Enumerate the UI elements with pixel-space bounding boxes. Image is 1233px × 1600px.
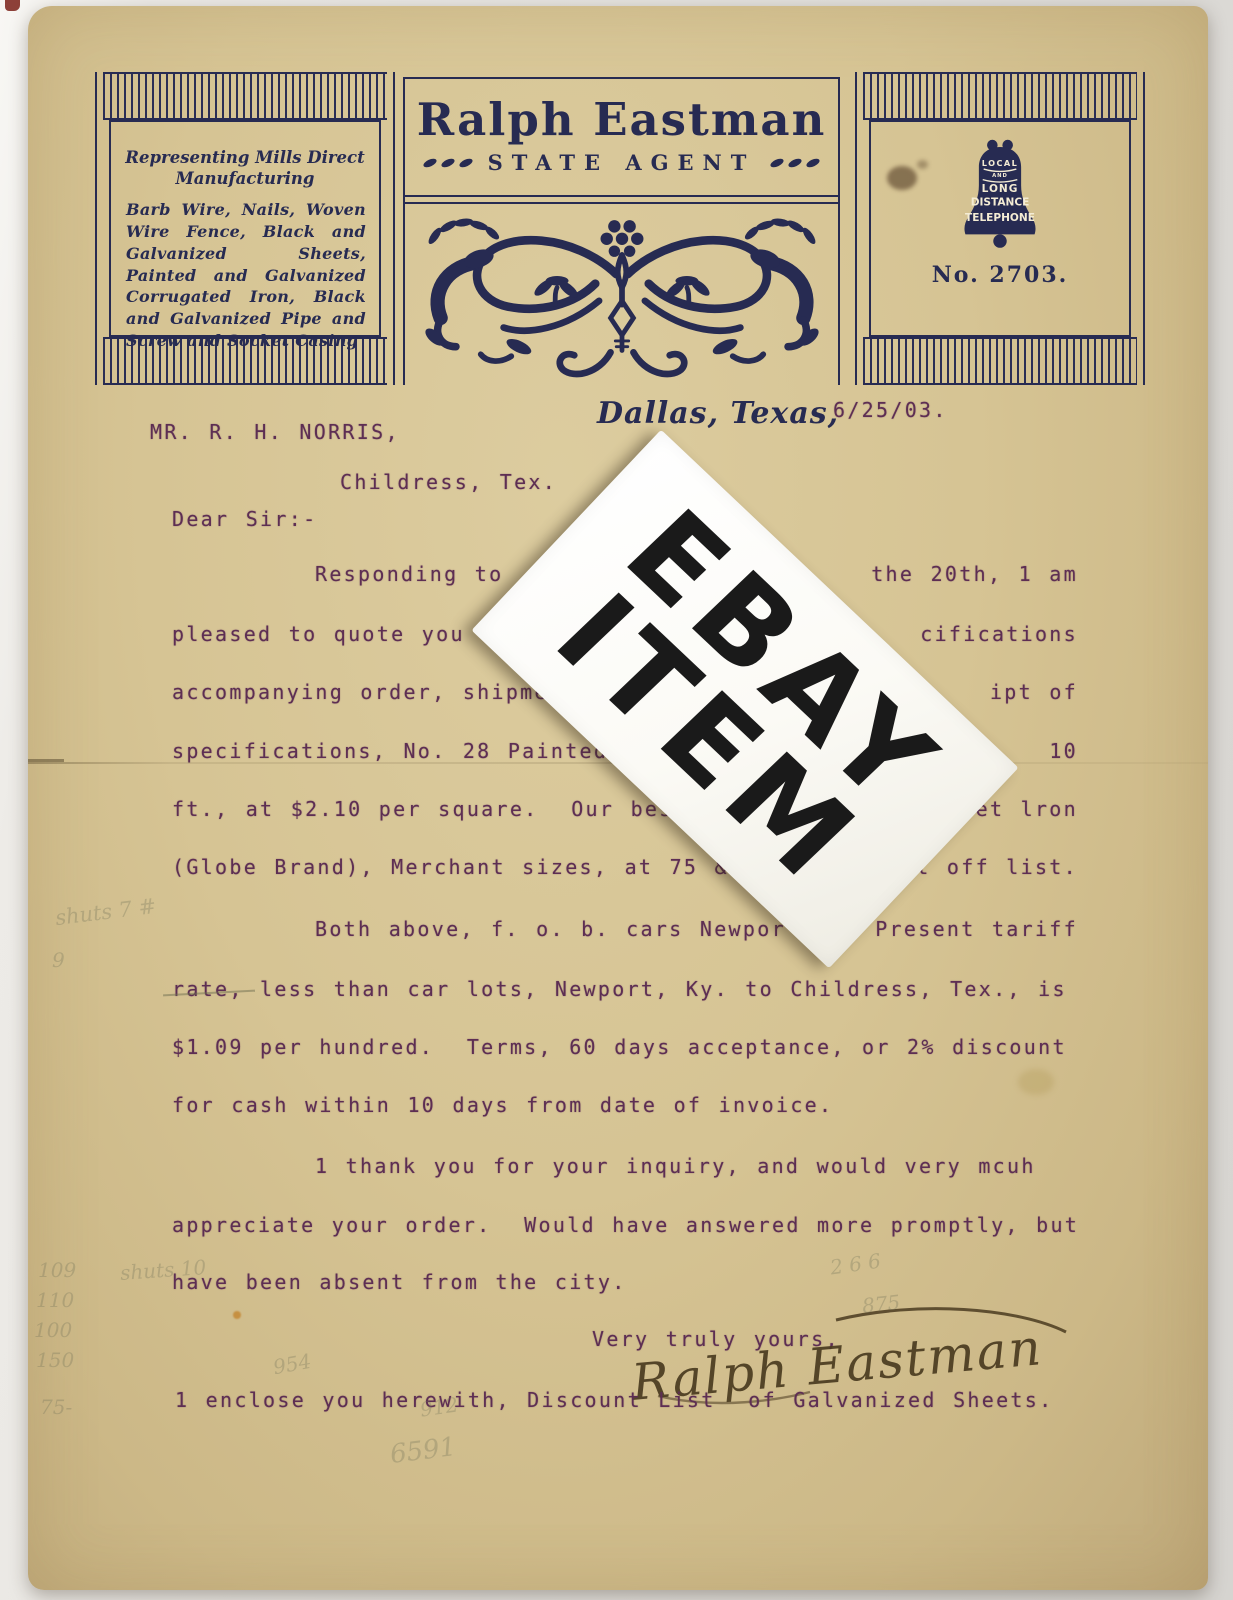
header-rule: [405, 202, 838, 204]
body-line: $1.09 per hundred. Terms, 60 days accept…: [172, 1035, 1078, 1059]
letterhead-left-panel: Representing Mills Direct Manufacturing …: [95, 72, 395, 385]
line-fragment-left: accompanying order, shipme: [172, 680, 549, 704]
pencil-note: 75-: [40, 1395, 72, 1419]
line-fragment-right: cifications: [920, 622, 1078, 646]
line-fragment-left: pleased to quote you f: [172, 622, 496, 646]
line-fragment-left: Responding to: [315, 562, 503, 586]
agent-name: Ralph Eastman: [405, 93, 838, 146]
salutation: Dear Sir:-: [172, 507, 317, 531]
line-fragment-right: t off list.: [916, 855, 1078, 879]
body-line: Both above, f. o. b. cars NewporPresent …: [315, 917, 1078, 941]
header-rule: [405, 195, 838, 197]
ebay-item-card: EBAY ITEM: [471, 430, 1018, 969]
pencil-note: 110: [36, 1288, 74, 1312]
pencil-note: 912: [419, 1392, 460, 1421]
left-panel-inner-box: Representing Mills Direct Manufacturing …: [109, 120, 381, 337]
line-fragment-right: Present tariff: [875, 917, 1078, 941]
bell-text-and: AND: [992, 173, 1008, 179]
line-fragment-left: have been absent from the city.: [172, 1270, 627, 1294]
leaf-ornament-icon: [769, 156, 821, 170]
recipient-city: Childress, Tex.: [340, 470, 557, 494]
line-fragment-left: ft., at $2.10 per square. Our bes: [172, 797, 674, 821]
tagline-line1: Representing Mills Direct: [111, 148, 379, 169]
line-fragment-left: for cash within 10 days from date of inv…: [172, 1093, 833, 1117]
pencil-note: 954: [271, 1349, 313, 1379]
pencil-note: 150: [36, 1348, 74, 1372]
pinstripe-band: [863, 72, 1137, 120]
fold-notch: [28, 759, 64, 762]
cornucopia-ornament-icon: [409, 213, 835, 381]
pencil-note: 9: [52, 948, 65, 972]
ink-stain: [917, 160, 928, 169]
grape-cluster: [600, 220, 643, 257]
line-fragment-right: ipt of: [990, 680, 1078, 704]
pencil-note: 6591: [388, 1432, 457, 1470]
agent-title-row: STATE AGENT: [405, 150, 838, 175]
recipient-name: MR. R. H. NORRIS,: [150, 420, 400, 444]
pinstripe-band: [863, 337, 1137, 385]
bell-text-distance: DISTANCE: [971, 197, 1030, 209]
line-fragment-left: $1.09 per hundred. Terms, 60 days accept…: [172, 1035, 1067, 1059]
letterhead-right-panel: LOCAL AND LONG DISTANCE TELEPHONE No. 27…: [855, 72, 1145, 385]
leaf-ornament-icon: [422, 156, 474, 170]
line-fragment-left: (Globe Brand), Merchant sizes, at 75 &: [172, 855, 729, 879]
bell-text-long: LONG: [982, 183, 1019, 195]
telephone-bell-icon: LOCAL AND LONG DISTANCE TELEPHONE: [952, 136, 1048, 254]
pinstripe-band: [103, 72, 387, 120]
products-list: Barb Wire, Nails, Woven Wire Fence, Blac…: [111, 189, 379, 351]
line-fragment-left: appreciate your order. Would have answer…: [172, 1213, 1079, 1237]
letterhead-center-panel: Ralph Eastman STATE AGENT: [403, 77, 840, 385]
paper-stain: [1018, 1069, 1054, 1095]
body-line: appreciate your order. Would have answer…: [172, 1213, 1078, 1237]
enclosure-line: 1 enclose you herewith, Discount List of…: [175, 1388, 1053, 1412]
line-fragment-left: 1 thank you for your inquiry, and would …: [315, 1154, 1036, 1178]
bell-text-local: LOCAL: [982, 158, 1019, 168]
telephone-number: No. 2703.: [871, 262, 1129, 288]
pencil-note: 100: [34, 1318, 72, 1342]
rust-spot: [233, 1311, 241, 1319]
agent-title: STATE AGENT: [488, 150, 756, 175]
printed-place: Dallas, Texas,: [597, 396, 839, 431]
line-fragment-right: the 20th, 1 am: [871, 562, 1078, 586]
line-fragment-right: 10: [1049, 739, 1078, 763]
photo-corner-mark: [5, 0, 20, 11]
body-line: 1 thank you for your inquiry, and would …: [315, 1154, 1078, 1178]
bell-text-telephone: TELEPHONE: [965, 212, 1035, 224]
ink-stain: [887, 166, 917, 190]
body-line: for cash within 10 days from date of inv…: [172, 1093, 1078, 1117]
pencil-note: 109: [38, 1258, 76, 1282]
pencil-note: shuts 7 #: [54, 894, 158, 930]
pencil-note: 875: [861, 1290, 901, 1318]
tagline-line2: Manufacturing: [111, 169, 379, 190]
letter-sheet: Representing Mills Direct Manufacturing …: [28, 6, 1208, 1590]
right-panel-inner-box: LOCAL AND LONG DISTANCE TELEPHONE No. 27…: [869, 120, 1131, 337]
tagline: Representing Mills Direct Manufacturing: [111, 148, 379, 189]
line-fragment-left: rate, less than car lots, Newport, Ky. t…: [172, 977, 1067, 1001]
typed-date: 6/25/03.: [833, 398, 948, 422]
line-fragment-left: specifications, No. 28 Painted: [172, 739, 608, 763]
body-line: rate, less than car lots, Newport, Ky. t…: [172, 977, 1078, 1001]
line-fragment-left: Both above, f. o. b. cars Newpor: [315, 917, 786, 941]
body-line: (Globe Brand), Merchant sizes, at 75 &t …: [172, 855, 1078, 879]
